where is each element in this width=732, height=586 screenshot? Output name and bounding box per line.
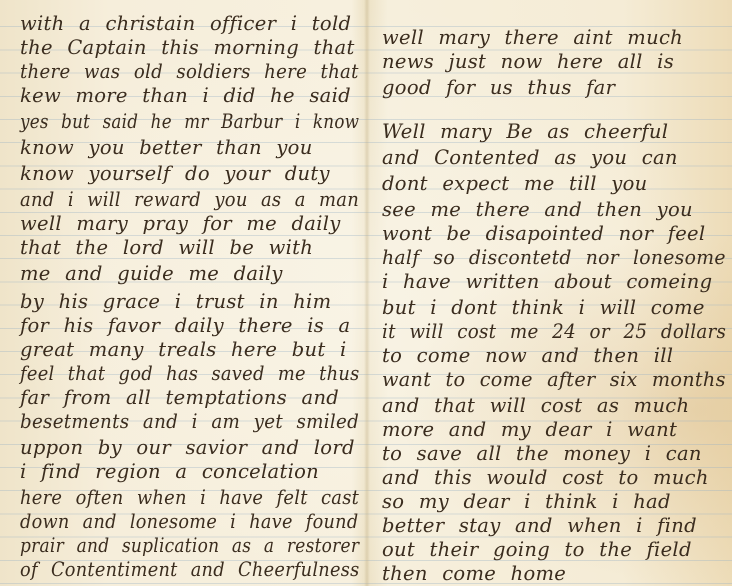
right-line-18: to save all the money i can [382, 442, 702, 465]
right-line-21: better stay and when i find [382, 514, 697, 537]
left-line-23: of Contentiment and Cheerfulness [20, 558, 359, 581]
right-line-16: and that will cost as much [382, 394, 689, 417]
letter-page: with a christain officer i told the Capt… [0, 0, 732, 586]
right-line-1: well mary there aint much [382, 26, 683, 49]
left-line-3: there was old soldiers here that [20, 60, 359, 83]
right-line-13: it will cost me 24 or 25 dollars [382, 320, 726, 343]
left-line-13: for his favor daily there is a [20, 314, 350, 337]
right-line-11: i have written about comeing [382, 270, 712, 293]
right-line-7: dont expect me till you [382, 172, 648, 195]
left-line-22: prair and suplication as a restorer [20, 534, 359, 557]
right-line-22: out their going to the field [382, 538, 692, 561]
left-line-20: here often when i have felt cast [20, 486, 359, 509]
left-line-4: kew more than i did he said [20, 84, 351, 107]
right-line-10: half so discontetd nor lonesome [382, 246, 726, 269]
left-line-1: with a christain officer i told [20, 12, 351, 35]
right-line-9: wont be disapointed nor feel [382, 222, 705, 245]
left-line-9: well mary pray for me daily [20, 212, 341, 235]
right-line-19: and this would cost to much [382, 466, 709, 489]
left-line-5: yes but said he mr Barbur i know [20, 110, 359, 133]
left-line-7: know yourself do your duty [20, 162, 330, 185]
left-line-21: down and lonesome i have found [20, 510, 358, 533]
left-line-12: by his grace i trust in him [20, 290, 331, 313]
left-line-10: that the lord will be with [20, 236, 313, 259]
right-line-23: then come home [382, 562, 566, 585]
right-line-2: news just now here all is [382, 50, 674, 73]
right-line-3: good for us thus far [382, 76, 615, 99]
right-line-6: and Contented as you can [382, 146, 678, 169]
right-line-5: Well mary Be as cheerful [382, 120, 668, 143]
left-line-2: the Captain this morning that [20, 36, 355, 59]
right-line-15: want to come after six months [382, 368, 726, 391]
left-line-8: and i will reward you as a man [20, 188, 359, 211]
page-fold [364, 0, 370, 586]
left-line-18: uppon by our savior and lord [20, 436, 355, 459]
left-line-15: feel that god has saved me thus [20, 362, 360, 385]
left-line-6: know you better than you [20, 136, 313, 159]
left-line-19: i find region a concelation [20, 460, 319, 483]
right-line-14: to come now and then ill [382, 344, 673, 367]
right-line-20: so my dear i think i had [382, 490, 671, 513]
left-line-11: me and guide me daily [20, 262, 283, 285]
left-line-16: far from all temptations and [20, 386, 339, 409]
right-line-8: see me there and then you [382, 198, 693, 221]
left-line-14: great many treals here but i [20, 338, 347, 361]
right-line-12: but i dont think i will come [382, 296, 705, 319]
left-line-17: besetments and i am yet smiled [20, 410, 359, 433]
right-line-17: more and my dear i want [382, 418, 677, 441]
